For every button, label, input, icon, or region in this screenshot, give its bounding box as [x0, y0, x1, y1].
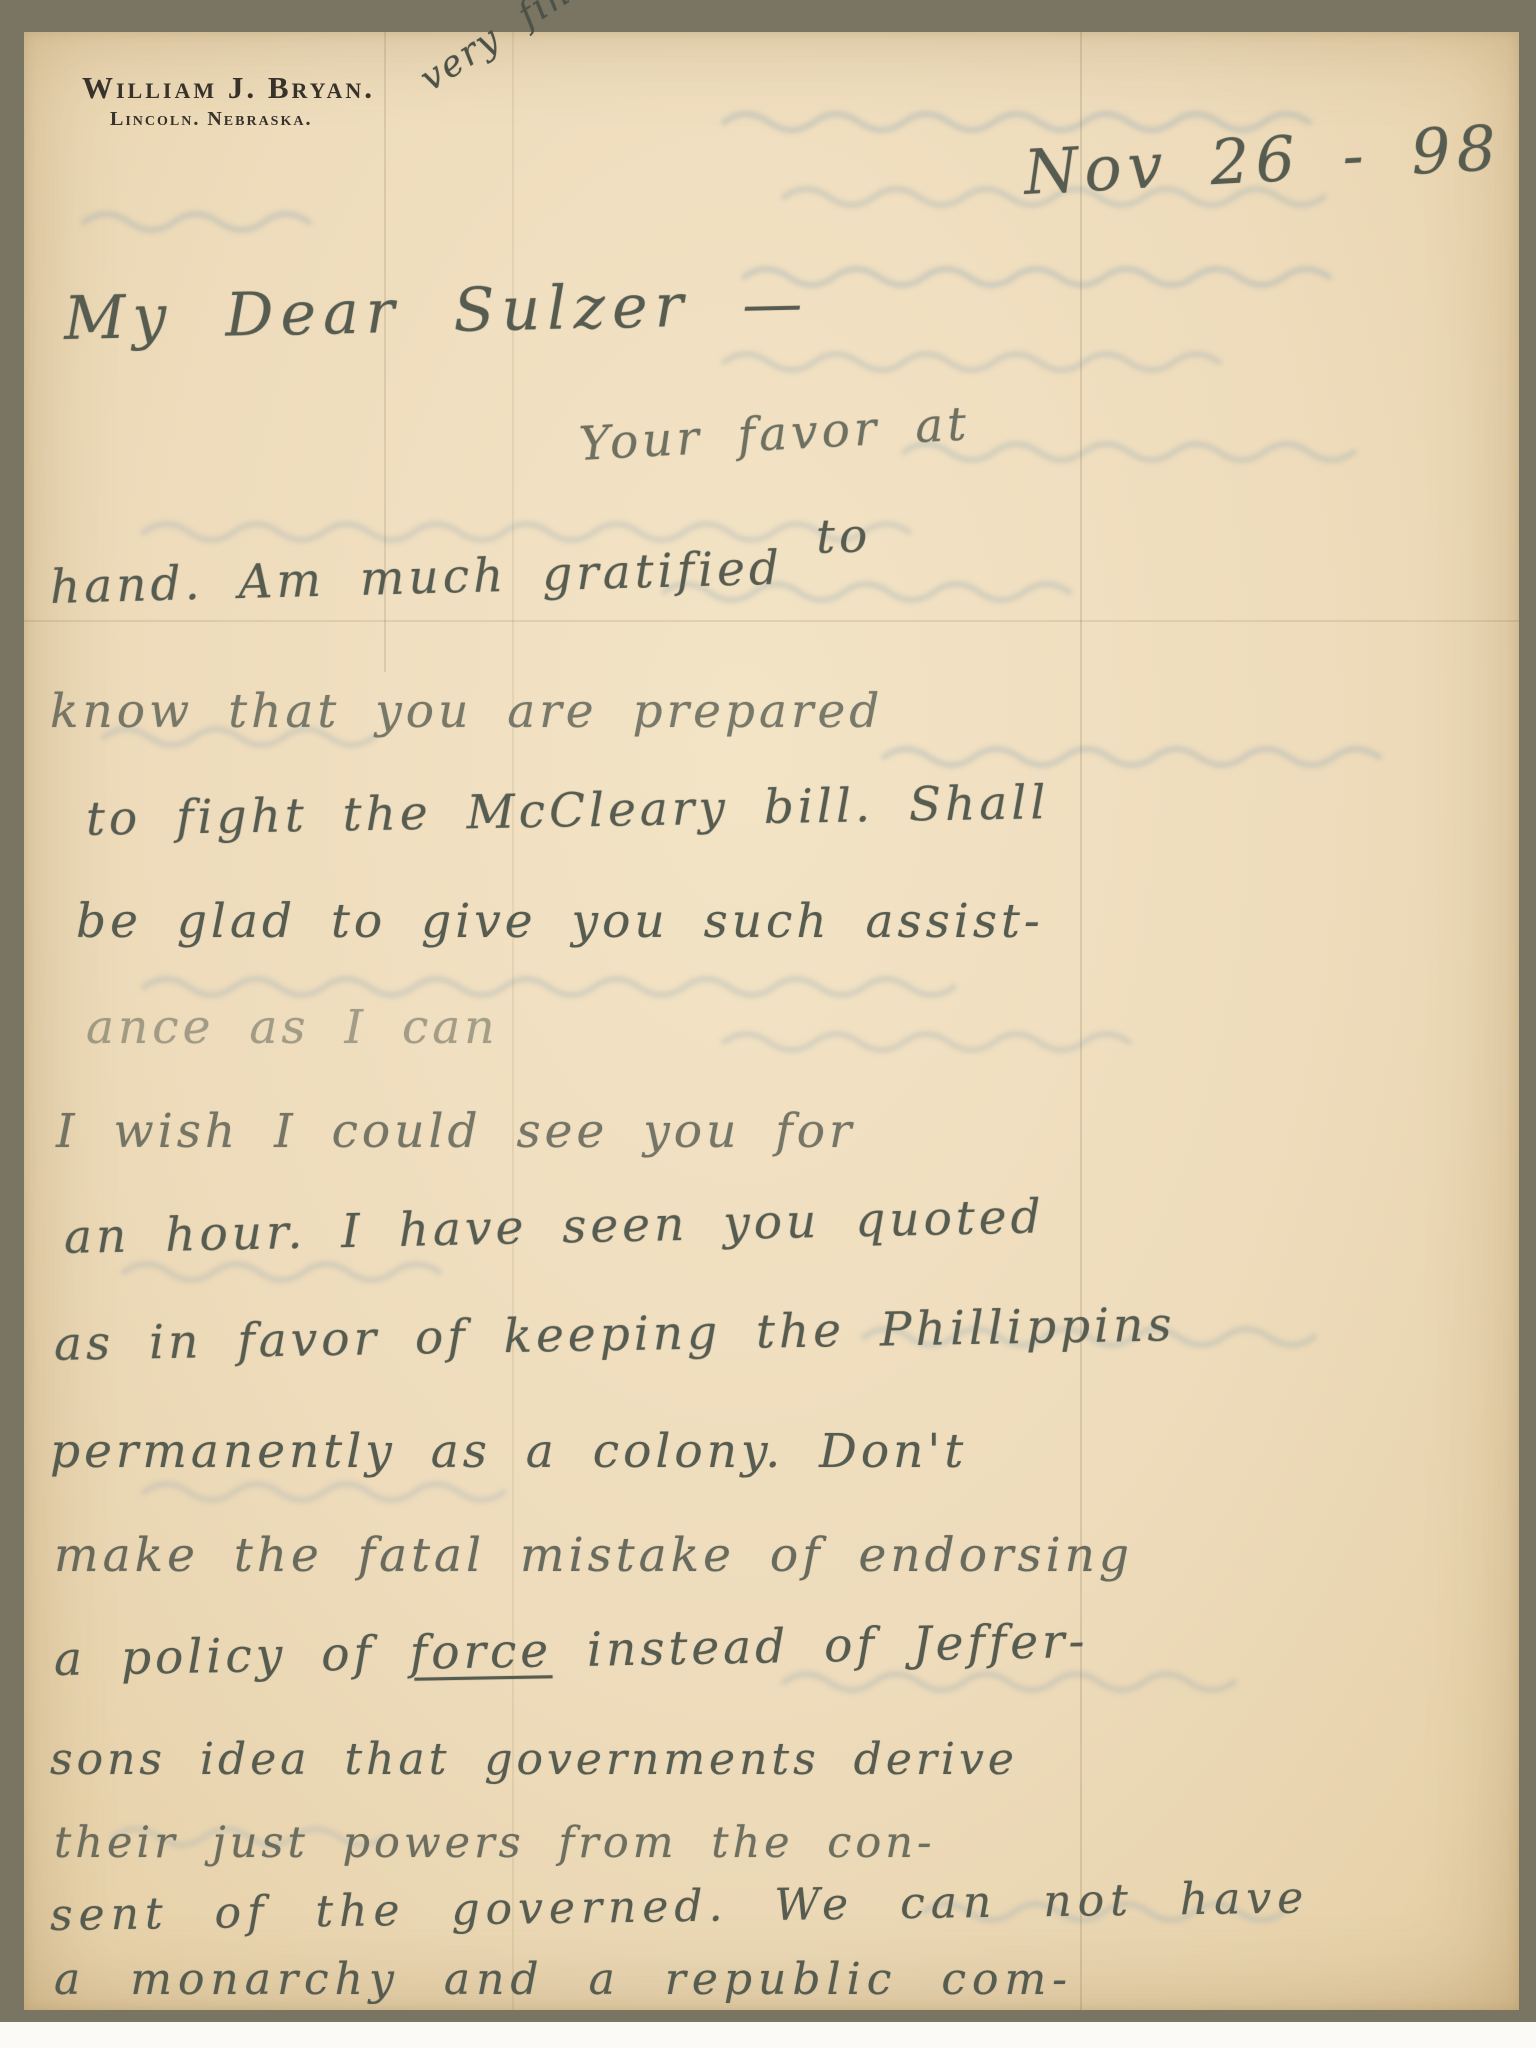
letter-line: to fight the McCleary bill. Shall — [86, 775, 1050, 847]
letterhead-location: Lincoln. Nebraska. — [110, 108, 312, 131]
photo-frame: William J. Bryan. Lincoln. Nebraska. ver… — [0, 0, 1536, 2022]
letter-line: ance as I can — [86, 1000, 499, 1055]
letter-line: permanently as a colony. Don't — [50, 1424, 967, 1479]
letter-line: a policy of force instead of Jeffer- — [54, 1614, 1089, 1687]
letter-line: make the fatal mistake of endorsing — [54, 1528, 1133, 1583]
letter-line: hand. Am much gratifiedto — [49, 538, 873, 615]
letter-line: I wish I could see you for — [56, 1104, 855, 1159]
underlined-word-force: force — [409, 1623, 552, 1680]
letter-line: a monarchy and a republic com- — [54, 1954, 1073, 2005]
letter-line: sons idea that governments derive — [50, 1734, 1018, 1785]
salutation: My Dear Sulzer — — [63, 268, 810, 354]
letter-line-text: instead of Jeffer- — [552, 1614, 1089, 1678]
fold-crease-horizontal — [24, 620, 1519, 622]
letter-date: Nov 26 - 98 — [1022, 111, 1504, 209]
letter-line: their just powers from the con- — [54, 1818, 935, 1868]
letter-line: be glad to give you such assist- — [76, 894, 1044, 949]
scan-bottom-margin — [0, 2022, 1536, 2048]
letter-line: sent of the governed. We can not have — [50, 1872, 1310, 1941]
raised-word: to — [815, 508, 872, 564]
letter-line-text: a policy of — [54, 1626, 411, 1687]
letter-line-text: hand. Am much gratified — [49, 541, 783, 615]
letter-line: know that you are prepared — [50, 684, 883, 739]
fold-crease-vertical-right — [1080, 32, 1082, 2010]
letterhead-name: William J. Bryan. — [82, 70, 375, 106]
letter-line: as in favor of keeping the Phillippins — [54, 1297, 1176, 1372]
letter-paper: William J. Bryan. Lincoln. Nebraska. ver… — [24, 32, 1519, 2010]
letter-line: an hour. I have seen you quoted — [63, 1189, 1045, 1265]
pencil-annotation: very fine — [413, 0, 598, 100]
letter-line: Your favor at — [578, 397, 972, 472]
